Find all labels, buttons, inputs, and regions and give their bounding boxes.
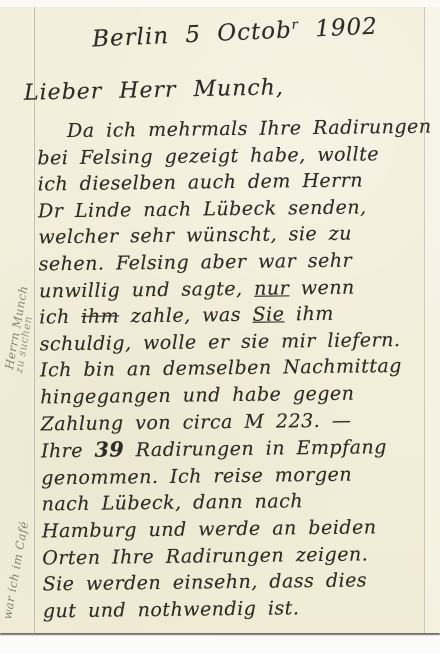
scanned-letter-page: Berlin 5 Octobr 1902 Lieber Herr Munch, … [0, 0, 440, 654]
date-year: 1902 [298, 14, 378, 44]
scan-backing-bottom [0, 636, 440, 654]
letter-line: Hamburg und werde an beiden [42, 514, 434, 545]
letter-line: Da ich mehrmals Ihre Radirungen [37, 114, 429, 145]
letter-line: Ich bin an demselben Nachmittag [40, 353, 432, 384]
letter-line: Ihre 39 Radirungen in Empfang [41, 433, 433, 465]
letter-line: bei Felsing gezeigt habe, wollte [37, 140, 429, 171]
letter-line: gut und nothwendig ist. [43, 593, 435, 624]
letter-body: Da ich mehrmals Ihre Radirungenbei Felsi… [37, 114, 435, 625]
